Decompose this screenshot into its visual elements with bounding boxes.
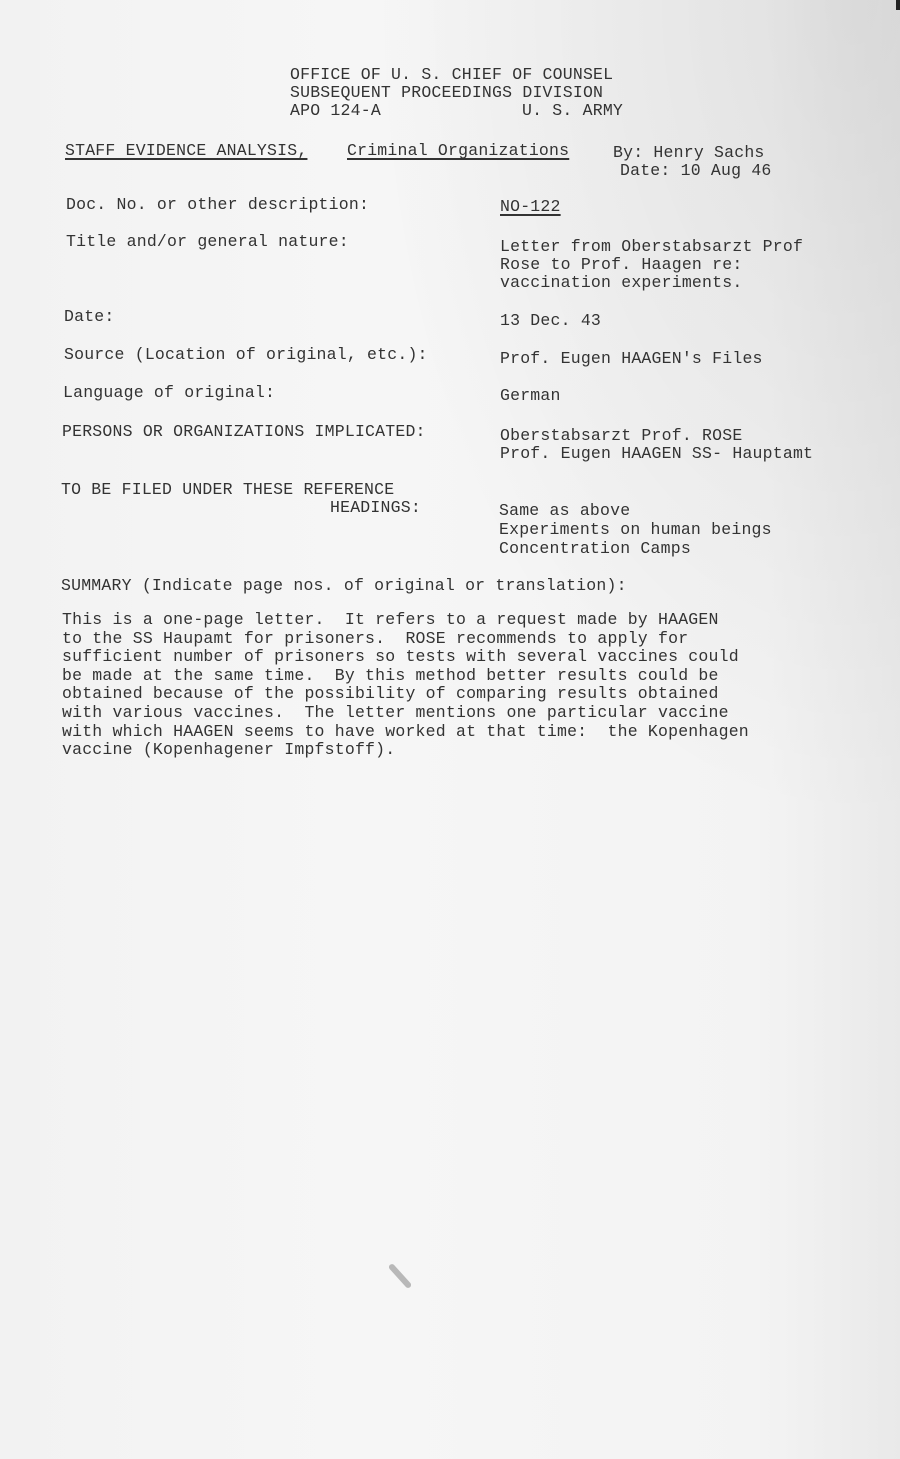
- header-army: U. S. ARMY: [522, 102, 623, 120]
- reference-label-line2: HEADINGS:: [330, 499, 421, 517]
- persons-label: PERSONS OR ORGANIZATIONS IMPLICATED:: [62, 423, 426, 441]
- summary-body: This is a one-page letter. It refers to …: [62, 611, 749, 760]
- title-label: Title and/or general nature:: [66, 233, 349, 251]
- header-office: OFFICE OF U. S. CHIEF OF COUNSEL: [290, 66, 613, 84]
- summary-line: sufficient number of prisoners so tests …: [62, 648, 749, 667]
- source-label: Source (Location of original, etc.):: [64, 346, 428, 364]
- persons-value-line: Oberstabsarzt Prof. ROSE: [500, 427, 742, 445]
- document-page: OFFICE OF U. S. CHIEF OF COUNSEL SUBSEQU…: [0, 0, 900, 1459]
- summary-line: to the SS Haupamt for prisoners. ROSE re…: [62, 630, 749, 649]
- analysis-date: Date: 10 Aug 46: [620, 162, 772, 180]
- reference-value-line: Same as above: [499, 502, 630, 520]
- summary-line: obtained because of the possibility of c…: [62, 685, 749, 704]
- title-value-line: Letter from Oberstabsarzt Prof: [500, 238, 803, 256]
- title-value-line: vaccination experiments.: [500, 274, 742, 292]
- reference-value-line: Concentration Camps: [499, 540, 691, 558]
- page-corner-mark: [896, 0, 900, 10]
- paper-blemish: [388, 1263, 413, 1289]
- summary-line: be made at the same time. By this method…: [62, 667, 749, 686]
- date-label: Date:: [64, 308, 115, 326]
- analysis-subtitle: Criminal Organizations: [347, 142, 569, 160]
- persons-value-line: Prof. Eugen HAAGEN SS- Hauptamt: [500, 445, 813, 463]
- doc-no-value: NO-122: [500, 198, 561, 216]
- analysis-author: By: Henry Sachs: [613, 144, 765, 162]
- summary-line: This is a one-page letter. It refers to …: [62, 611, 749, 630]
- date-value: 13 Dec. 43: [500, 312, 601, 330]
- language-label: Language of original:: [63, 384, 275, 402]
- summary-line: with various vaccines. The letter mentio…: [62, 704, 749, 723]
- doc-no-label: Doc. No. or other description:: [66, 196, 369, 214]
- analysis-title: STAFF EVIDENCE ANALYSIS,: [65, 142, 307, 160]
- summary-line: with which HAAGEN seems to have worked a…: [62, 723, 749, 742]
- title-value-line: Rose to Prof. Haagen re:: [500, 256, 742, 274]
- header-division: SUBSEQUENT PROCEEDINGS DIVISION: [290, 84, 603, 102]
- header-apo: APO 124-A: [290, 102, 381, 120]
- language-value: German: [500, 387, 561, 405]
- reference-label-line1: TO BE FILED UNDER THESE REFERENCE: [61, 481, 394, 499]
- source-value: Prof. Eugen HAAGEN's Files: [500, 350, 763, 368]
- summary-label: SUMMARY (Indicate page nos. of original …: [61, 577, 627, 595]
- reference-value-line: Experiments on human beings: [499, 521, 772, 539]
- summary-line: vaccine (Kopenhagener Impfstoff).: [62, 741, 749, 760]
